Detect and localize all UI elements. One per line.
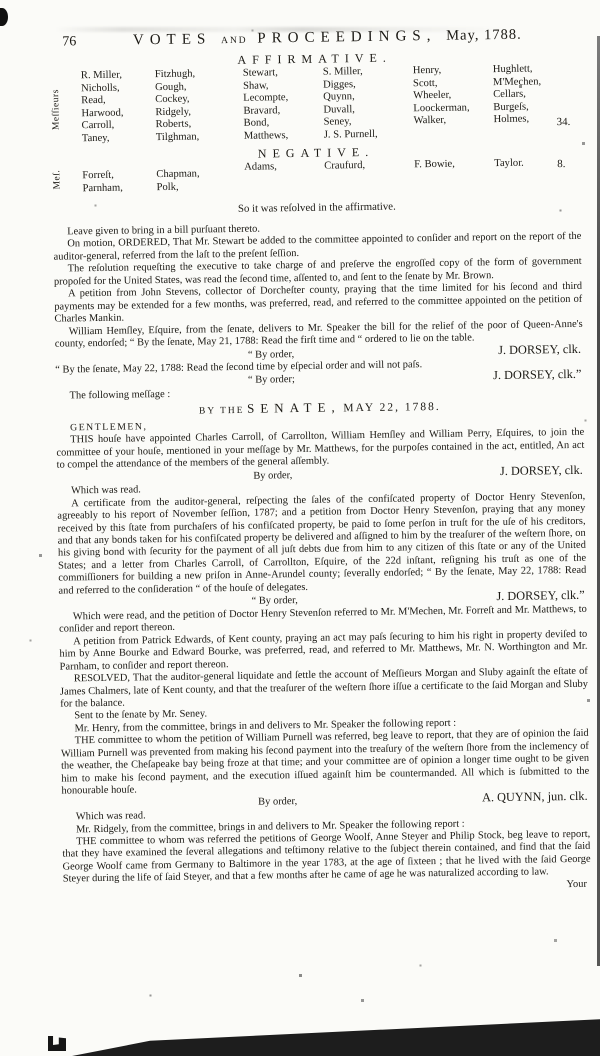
clerk-signature: J. DORSEY, clk.” — [493, 368, 581, 383]
affirmative-column-6: Hughlett, M'Mechen, Cellars, Burgeſs, Ho… — [493, 63, 542, 127]
clerk-signature: A. QUYNN, jun. clk. — [482, 789, 588, 804]
by-order-label: By order, — [253, 470, 292, 482]
clerk-signature: J. DORSEY, clk. — [498, 342, 581, 357]
title-votes: VOTES — [133, 31, 212, 48]
page-number: 76 — [62, 34, 76, 50]
body-text: Leave given to bring in a bill purſuant … — [53, 219, 591, 899]
scanned-document: { "page_header": { "page_number": "76", … — [0, 0, 600, 1056]
clerk-signature: J. DORSEY, clk.” — [496, 589, 584, 604]
paragraph: THE committee to whom was referred the p… — [62, 829, 591, 887]
affirmative-column-3: Stewart, Shaw, Lecompte, Bravard, Bond, … — [243, 67, 289, 143]
senate-date: MAY 22, 1788. — [343, 401, 441, 414]
affirmative-vote-count: 34. — [557, 116, 571, 128]
clerk-signature: J. DORSEY, clk. — [500, 464, 583, 479]
negative-column-6: Taylor. — [494, 158, 524, 171]
affirmative-column-1: R. Miller, Nicholls, Read, Harwood, Carr… — [81, 70, 124, 146]
senate-by-the: BY THE — [199, 406, 245, 417]
by-order-label: “ By order, — [251, 595, 297, 607]
negative-vote-count: 8. — [557, 158, 565, 170]
negative-column-4: Craufurd, — [324, 160, 365, 173]
scan-smudge — [55, 27, 505, 32]
affirmative-name-table: Meſſieurs R. Miller, Nicholls, Read, Har… — [51, 63, 580, 151]
title-and: AND — [221, 36, 248, 46]
senate-word: SENATE, — [247, 400, 341, 416]
by-order-label: By order, — [258, 796, 297, 808]
negative-column-1: Forreſt, Parnham, — [82, 170, 123, 196]
affirmative-column-4: S. Miller, Digges, Quynn, Duvall, Seney,… — [323, 66, 378, 142]
paragraph: THE committee to whom the petition of Wi… — [61, 728, 590, 798]
by-order-label: “ By order, — [248, 349, 294, 361]
by-order-label: “ By order; — [248, 375, 295, 387]
negative-column-5: F. Bowie, — [414, 159, 455, 172]
messieurs-label: Meſſieurs — [51, 79, 62, 141]
affirmative-column-5: Henry, Scott, Wheeler, Loockerman, Walke… — [413, 64, 470, 128]
negative-name-table: Meſ. Forreſt, Parnham, Chapman, Polk, Ad… — [52, 157, 580, 199]
paragraph: A certificate from the auditor-general, … — [57, 490, 586, 597]
affirmative-column-2: Fitzhugh, Gough, Cockey, Ridgely, Robert… — [155, 68, 200, 144]
resolution-line: So it was reſolved in the affirmative. — [53, 198, 581, 218]
messieurs-abbrev-label: Meſ. — [52, 166, 62, 192]
page-content: 76 VOTES AND PROCEEDINGS, May, 1788. AFF… — [0, 0, 600, 1056]
negative-column-2: Chapman, Polk, — [156, 168, 200, 194]
negative-column-3: Adams, — [244, 161, 277, 174]
scan-noise — [0, 0, 1, 1]
